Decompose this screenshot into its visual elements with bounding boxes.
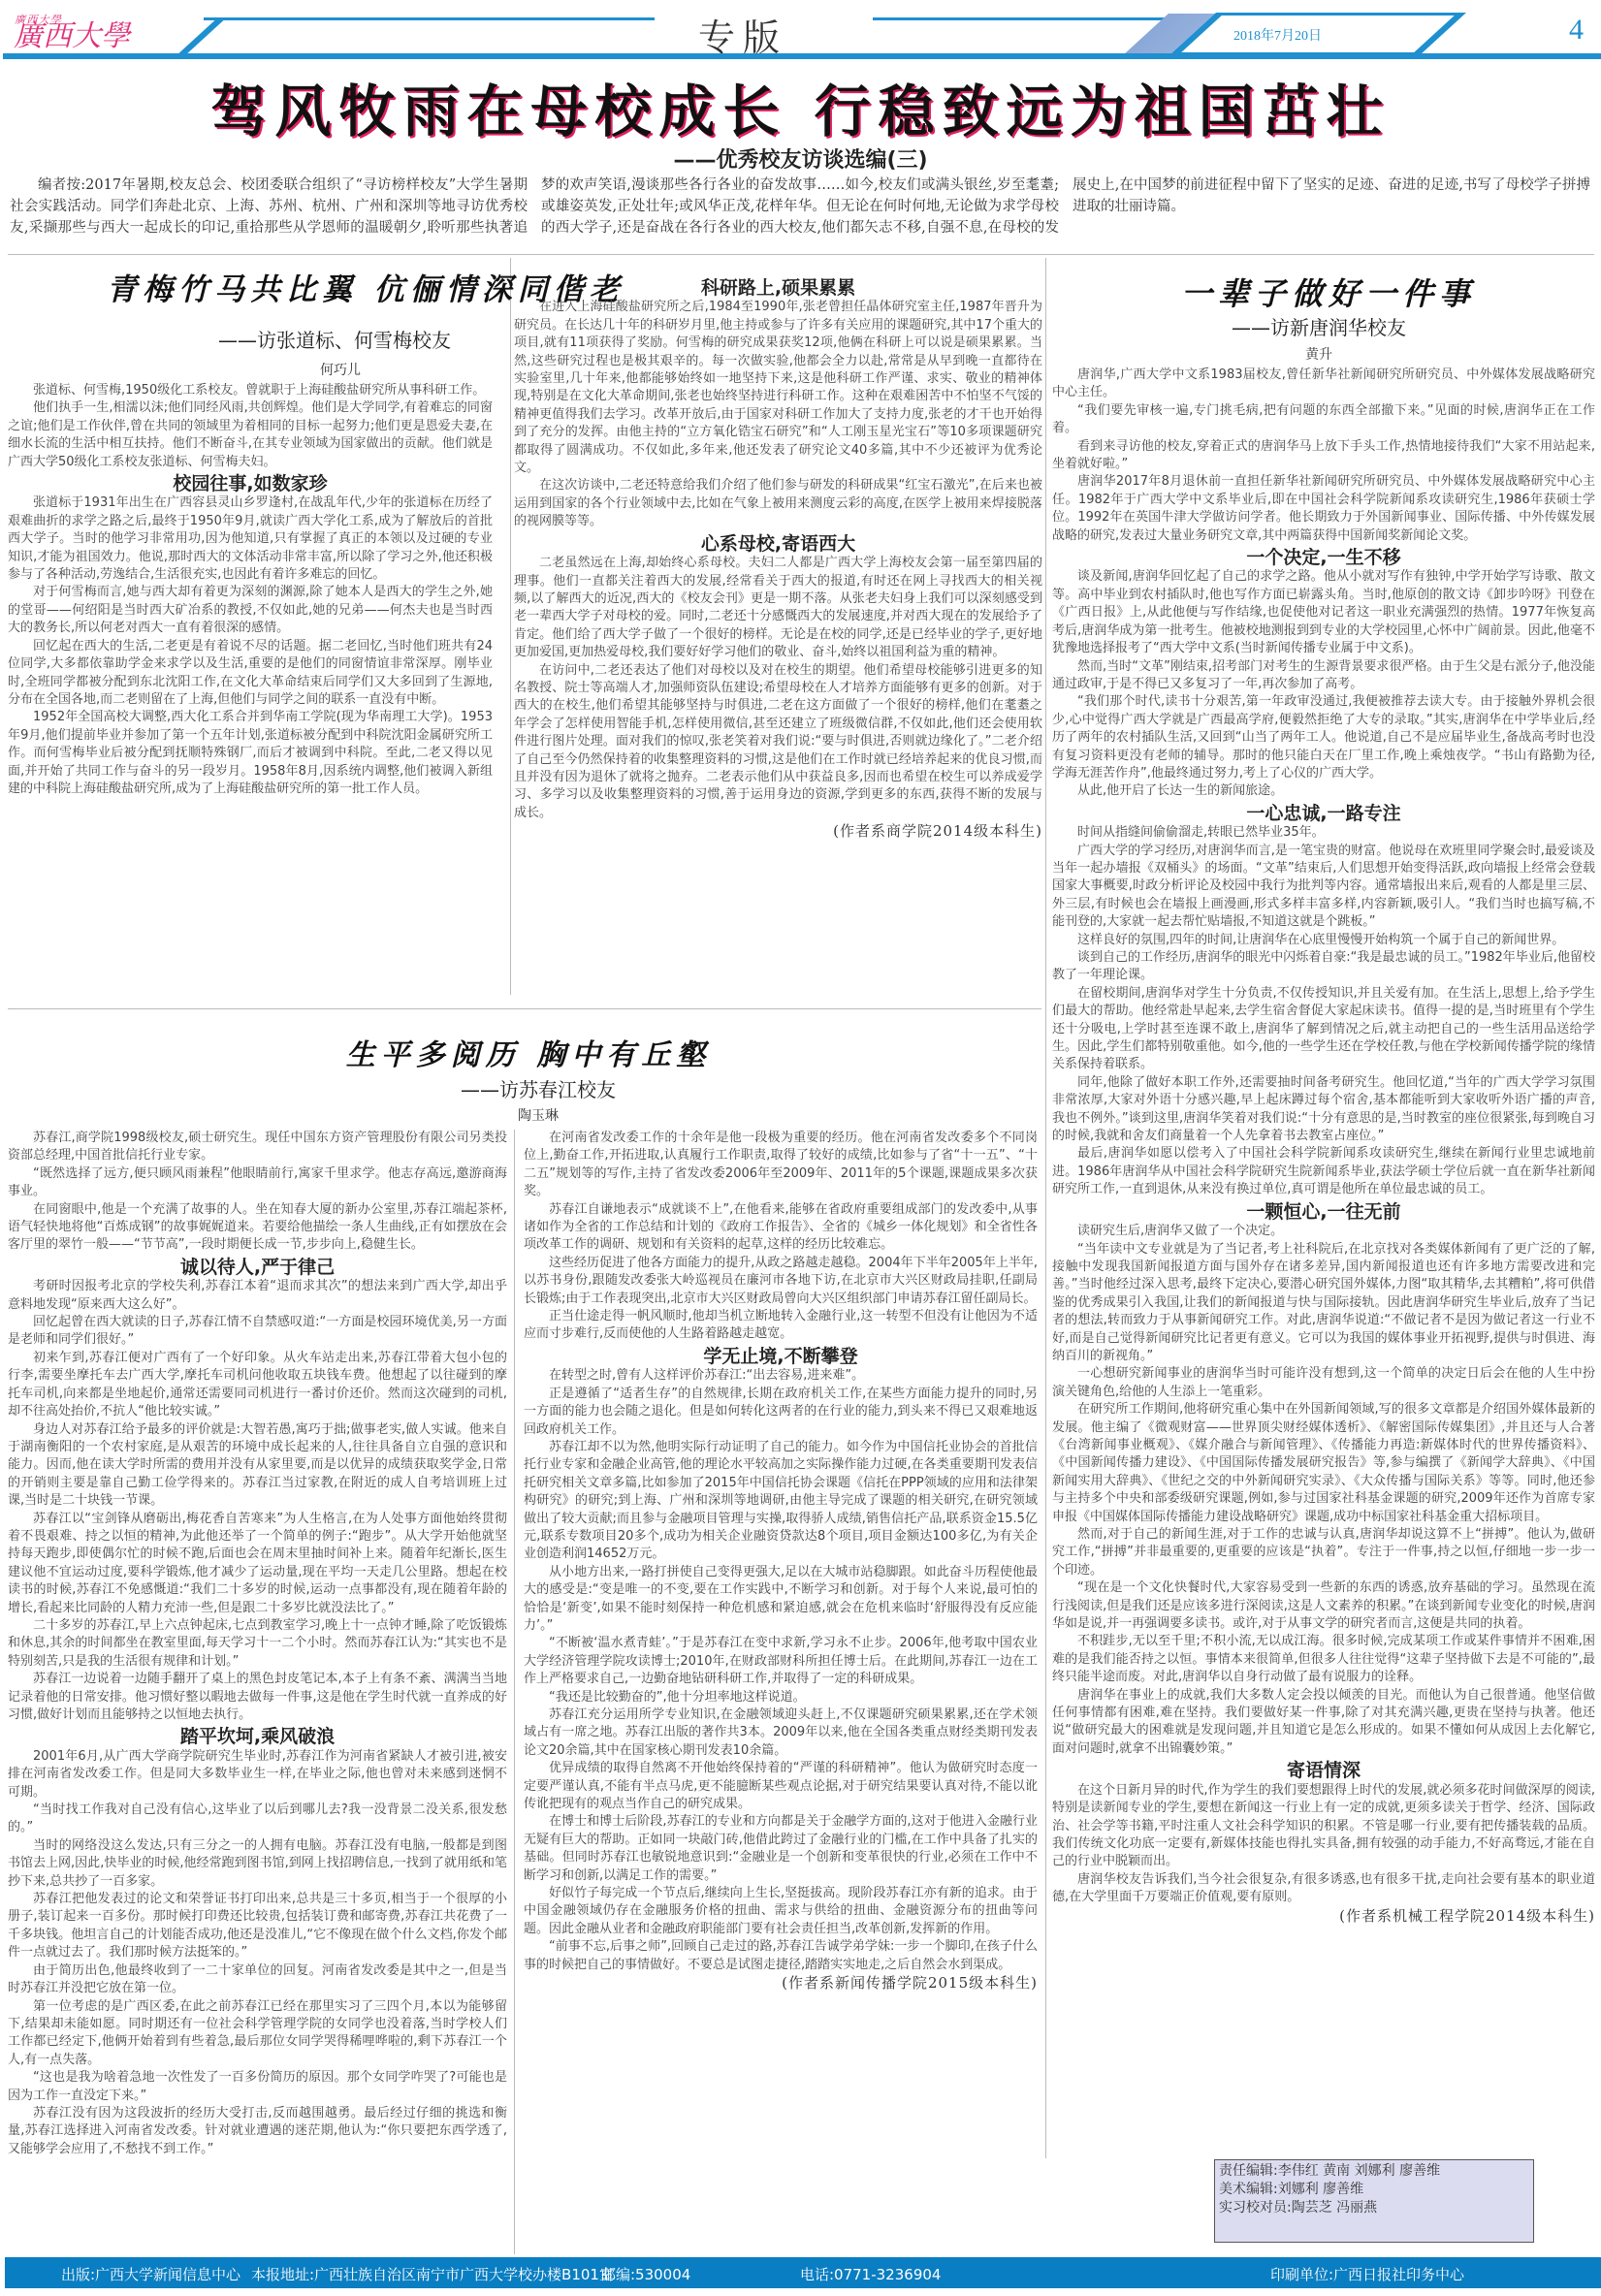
section-heading: 校园往事,如数家珍 xyxy=(8,475,493,493)
paragraph: 然而,对于自己的新闻生涯,对于工作的忠诚与认真,唐润华却说这算不上“拼搏”。他认… xyxy=(1052,1526,1595,1579)
paragraph: 苏春江,商学院1998级校友,硕士研究生。现任中国东方资产管理股份有限公司另类投… xyxy=(8,1130,507,1165)
column-divider xyxy=(510,258,511,995)
paragraph: 在研究所工作期间,他将研究重心集中在外国新闻领域,写的很多文章都是介绍国外媒体最… xyxy=(1052,1401,1595,1526)
paragraph: “当时找工作我对自己没有信心,这毕业了以后到哪儿去?我一没背景二没关系,很发愁的… xyxy=(8,1802,507,1837)
article3-subtitle: ——访新唐润华校友 xyxy=(1125,312,1513,340)
paragraph: 苏春江没有因为这段波折的经历大受打击,反而越围越勇。最后经过仔细的挑选和衡量,苏… xyxy=(8,2105,507,2158)
paragraph: 在留校期间,唐润华对学生十分负责,不仅传授知识,并且关爱有加。在生活上,思想上,… xyxy=(1052,985,1595,1074)
main-subheadline: ——优秀校友访谈选编(三) xyxy=(0,143,1601,174)
section-heading: 一颗恒心,一往无前 xyxy=(1052,1203,1595,1221)
paragraph: 二十多岁的苏春江,早上六点钟起床,七点到教室学习,晚上十一点钟才睡,除了吃饭锻炼… xyxy=(8,1617,507,1671)
paragraph: “我们要先审核一遍,专门挑毛病,把有问题的东西全部撤下来。”见面的时候,唐润华正… xyxy=(1052,402,1595,438)
paragraph: 唐润华2017年8月退休前一直担任新华社新闻研究所研究员、中外媒体发展战略研究中… xyxy=(1052,473,1595,545)
paragraph: 最后,唐润华如愿以偿考入了中国社会科学院新闻系攻读研究生,继续在新闻行业里忠诚地… xyxy=(1052,1145,1595,1198)
section-heading: 一个决定,一生不移 xyxy=(1052,549,1595,566)
paragraph: 在这个日新月异的时代,作为学生的我们要想跟得上时代的发展,就必须多花时间做深厚的… xyxy=(1052,1782,1595,1871)
paragraph: 苏春江自谦地表示“成就谈不上”,在他看来,能够在省政府重要组成部门的发改委中,从… xyxy=(524,1201,1038,1255)
paragraph: 张道标、何雪梅,1950级化工系校友。曾就职于上海硅酸盐研究所从事科研工作。 xyxy=(8,382,493,399)
article3-signature: (作者系机械工程学院2014级本科生) xyxy=(1052,1907,1595,1925)
divider xyxy=(8,1008,1041,1009)
masthead-slant-left xyxy=(177,17,226,54)
paragraph: 苏春江充分运用所学专业知识,在金融领域迎头赶上,不仅课题研究硕果累累,还在学术领… xyxy=(524,1706,1038,1760)
paragraph: “当年读中文专业就是为了当记者,考上社科院后,在北京找对各类媒体新闻有了更广泛的… xyxy=(1052,1241,1595,1366)
paragraph: 广西大学的学习经历,对唐润华而言,是一笔宝贵的财富。他说母在欢班里同学聚会时,最… xyxy=(1052,843,1595,932)
paragraph: 由于简历出色,他最终收到了一二十家单位的回复。河南省发改委是其中之一,但是当时苏… xyxy=(8,1962,507,1998)
page-number: 4 xyxy=(1569,14,1584,47)
masthead-bar xyxy=(3,53,1601,59)
paragraph: “我还是比较勤奋的”,他十分坦率地这样说道。 xyxy=(524,1689,1038,1706)
masthead-rule-right xyxy=(873,17,1178,20)
paragraph: 1952年全国高校大调整,西大化工系合并到华南工学院(现为华南理工大学)。195… xyxy=(8,709,493,798)
article3-title: 一辈子做好一件事 xyxy=(1067,270,1590,314)
paragraph: 苏春江却不以为然,他明实际行动证明了自己的能力。如今作为中国信托业协会的首批信托… xyxy=(524,1439,1038,1564)
paragraph: 一心想研究新闻事业的唐润华当时可能许没有想到,这一个简单的决定日后会在他的人生中… xyxy=(1052,1365,1595,1401)
paragraph: 正是遵循了“适者生存”的自然规律,长期在政府机关工作,在某些方面能力提升的同时,… xyxy=(524,1386,1038,1439)
paragraph: 正当仕途走得一帆风顺时,他却当机立断地转入金融行业,这一转型不但没有让他因为不适… xyxy=(524,1308,1038,1344)
footer-publisher: 出版:广西大学新闻信息中心 xyxy=(61,2264,240,2284)
footer-address: 本报地址:广西壮族自治区南宁市广西大学校办楼B101室 xyxy=(251,2264,614,2284)
paragraph: 这些经历促进了他各方面能力的提升,从政之路越走越稳。2004年下半年2005年上… xyxy=(524,1255,1038,1308)
paragraph: 好似竹子每完成一个节点后,继续向上生长,坚挺拔高。现阶段苏春江亦有新的追求。由于… xyxy=(524,1885,1038,1938)
footer-printer: 印刷单位:广西日报社印务中心 xyxy=(1270,2264,1464,2284)
paragraph: 考研时因报考北京的学校失利,苏春江本着“退而求其次”的想法来到广西大学,却出乎意… xyxy=(8,1278,507,1314)
section-heading: 寄语情深 xyxy=(1052,1762,1595,1779)
paragraph: 唐润华,广西大学中文系1983届校友,曾任新华社新闻研究所研究员、中外媒体发展战… xyxy=(1052,367,1595,402)
article1-column-1: 张道标、何雪梅,1950级化工系校友。曾就职于上海硅酸盐研究所从事科研工作。 他… xyxy=(8,382,493,999)
paragraph: 在转型之时,曾有人这样评价苏春江:“出去容易,进来难”。 xyxy=(524,1367,1038,1385)
footer-phone: 电话:0771-3236904 xyxy=(800,2264,941,2284)
credit-line-proofreaders: 实习校对员:陶芸芝 冯丽燕 xyxy=(1219,2199,1529,2217)
paragraph: “这也是我为啥着急地一次性发了一百多份简历的原因。那个女同学咋哭了?可能也是因为… xyxy=(8,2069,507,2105)
article2-column-1: 苏春江,商学院1998级校友,硕士研究生。现任中国东方资产管理股份有限公司另类投… xyxy=(8,1130,507,2293)
paragraph: “既然选择了远方,便只顾风雨兼程”他眼睛前行,寓家千里求学。他志存高远,邀游商海… xyxy=(8,1165,507,1201)
paragraph: 同年,他除了做好本职工作外,还需要抽时间备考研究生。他回忆道,“当年的广西大学学… xyxy=(1052,1074,1595,1146)
paragraph: 在访问中,二老还表达了他们对母校以及对在校生的期望。他们希望母校能够引进更多的知… xyxy=(514,662,1042,823)
paragraph: “我们那个时代,读书十分艰苦,第一年政审没通过,我便被推荐去读大专。由于接触外界… xyxy=(1052,693,1595,782)
paragraph: “前事不忘,后事之师”,回顾自己走过的路,苏春江告诚学弟学妹:一步一个脚印,在孩… xyxy=(524,1938,1038,1974)
paragraph: “不断被‘温水煮青蛙’。”于是苏春江在变中求新,学习永不止步。2006年,他考取… xyxy=(524,1635,1038,1688)
editorial-credits: 责任编辑:李伟红 黄南 刘娜利 廖善维 美术编辑:刘娜利 廖善维 实习校对员:陶… xyxy=(1214,2159,1534,2243)
paragraph: 时间从指缝间偷偷溜走,转眼已然毕业35年。 xyxy=(1052,824,1595,842)
paragraph: 在河南省发改委工作的十余年是他一段极为重要的经历。他在河南省发改委多个不同岗位上… xyxy=(524,1130,1038,1201)
paragraph: 苏春江把他发表过的论文和荣誉证书打印出来,总共是三十多页,相当于一个很厚的小册子… xyxy=(8,1891,507,1962)
paragraph: 从此,他开启了长达一生的新闻旅途。 xyxy=(1052,782,1595,800)
paragraph: 2001年6月,从广西大学商学院研究生毕业时,苏春江作为河南省紧缺人才被引进,被… xyxy=(8,1748,507,1802)
paragraph: 谈及新闻,唐润华回忆起了自己的求学之路。他从小就对写作有独钟,中学开始学写诗歌、… xyxy=(1052,568,1595,657)
main-headline: 驾风牧雨在母校成长 行稳致远为祖国茁壮 xyxy=(0,60,1601,138)
masthead: 廣西大學 廣西大學 专版 2018年7月20日 4 xyxy=(0,0,1601,60)
paragraph: 在这次访谈中,二老还特意给我们介绍了他们参与研发的科研成果“红宝石激光”,在后来… xyxy=(514,477,1042,530)
section-heading: 一心忠诚,一路专注 xyxy=(1052,805,1595,822)
article2-title: 生平多阅历 胸中有丘壑 xyxy=(160,1031,897,1073)
article2-signature: (作者系新闻传播学院2015级本科生) xyxy=(524,1974,1038,1992)
article2-author: 陶玉琳 xyxy=(218,1105,858,1125)
paragraph: 然而,当时“文革”刚结束,招考部门对考生的生源背景要求很严格。由于生父是右派分子… xyxy=(1052,658,1595,694)
credit-line-art: 美术编辑:刘娜利 廖善维 xyxy=(1219,2181,1529,2199)
section-heading: 科研路上,硕果累累 xyxy=(514,279,1042,297)
article1-author: 何巧儿 xyxy=(320,360,361,379)
masthead-rule-left xyxy=(204,17,655,20)
paragraph: 回忆起在西大的生活,二老更是有着说不尽的话题。据二老回忆,当时他们班共有24位同… xyxy=(8,638,493,710)
editor-note: 编者按:2017年暑期,校友总会、校团委联合组织了“寻访榜样校友”大学生暑期社会… xyxy=(10,175,1590,252)
section-heading: 学无止境,不断攀登 xyxy=(524,1348,1038,1365)
paragraph: 身边人对苏春江给予最多的评价就是:大智若愚,寓巧于拙;做事老实,做人实诚。他来自… xyxy=(8,1421,507,1511)
paragraph: 从小地方出来,一路打拼使自己变得更强大,足以在大城市站稳脚跟。如此奋斗历程使他最… xyxy=(524,1564,1038,1636)
article1-subtitle: ——访张道标、何雪梅校友 xyxy=(218,325,451,353)
footer-postcode: 邮编:530004 xyxy=(601,2264,690,2284)
article3-column: 唐润华,广西大学中文系1983届校友,曾任新华社新闻研究所研究员、中外媒体发展战… xyxy=(1052,367,1595,2141)
newspaper-logo-text: 廣西大學 xyxy=(14,12,130,54)
divider xyxy=(8,254,1594,255)
paragraph: 张道标于1931年出生在广西容县灵山乡罗逢村,在战乱年代,少年的张道标在历经了艰… xyxy=(8,494,493,584)
paragraph: 读研究生后,唐润华又做了一个决定。 xyxy=(1052,1223,1595,1240)
article1-column-2: 科研路上,硕果累累 在进入上海硅酸盐研究所之后,1984至1990年,张老曾担任… xyxy=(514,258,1042,975)
article2-subtitle: ——访苏春江校友 xyxy=(218,1074,858,1102)
article2-column-2: 在河南省发改委工作的十余年是他一段极为重要的经历。他在河南省发改委多个不同岗位上… xyxy=(524,1130,1038,2157)
paragraph: 二老虽然远在上海,却始终心系母校。夫妇二人都是广西大学上海校友会第一届至第四届的… xyxy=(514,555,1042,661)
paragraph: 在进入上海硅酸盐研究所之后,1984至1990年,张老曾担任晶体研究室主任,19… xyxy=(514,299,1042,477)
paragraph: 谈到自己的工作经历,唐润华的眼光中闪烁着自豪:“我是最忠诚的员工。”1982年毕… xyxy=(1052,949,1595,985)
paragraph: 优异成绩的取得自然离不开他始终保持着的“严谨的科研精神”。他认为做研究时态度一定… xyxy=(524,1760,1038,1813)
article1-signature: (作者系商学院2014级本科生) xyxy=(514,822,1042,840)
paragraph: 看到来寻访他的校友,穿着正式的唐润华马上放下手头工作,热情地接待我们“大家不用站… xyxy=(1052,438,1595,474)
credit-line-editors: 责任编辑:李伟红 黄南 刘娜利 廖善维 xyxy=(1219,2162,1529,2181)
paragraph: “现在是一个文化快餐时代,大家容易受到一些新的东西的诱惑,放弃基础的学习。虽然现… xyxy=(1052,1579,1595,1633)
paragraph: 对于何雪梅而言,她与西大却有着更为深刻的渊源,除了她本人是西大的学生之外,她的堂… xyxy=(8,584,493,637)
paragraph: 不积跬步,无以至千里;不积小流,无以成江海。很多时候,完成某项工作或某件事情并不… xyxy=(1052,1633,1595,1686)
paragraph: 回忆起曾在西大就读的日子,苏春江情不自禁感叹道:“一方面是校园环境优美,另一方面… xyxy=(8,1314,507,1350)
paragraph: 苏春江一边说着一边随手翻开了桌上的黑色封皮笔记本,本子上有条不紊、满满当当地记录… xyxy=(8,1671,507,1724)
section-heading: 心系母校,寄语西大 xyxy=(514,535,1042,553)
paragraph: 这样良好的氛围,四年的时间,让唐润华在心底里慢慢开始构筑一个属于自己的新闻世界。 xyxy=(1052,932,1595,949)
paragraph: 在博士和博士后阶段,苏春江的专业和方向都是关于金融学方面的,这对于他进入金融行业… xyxy=(524,1813,1038,1885)
paragraph: 在同窗眼中,他是一个充满了故事的人。坐在知春大厦的新办公室里,苏春江端起茶杯,语… xyxy=(8,1201,507,1255)
paragraph: 当时的网络没这么发达,只有三分之一的人拥有电脑。苏春江没有电脑,一般都是到图书馆… xyxy=(8,1837,507,1891)
paragraph: 苏春江以“宝剑锋从磨砺出,梅花香自苦寒来”为人生格言,在为人处事方面他始终贯彻着… xyxy=(8,1511,507,1617)
paragraph: 第一位考虑的是广西区委,在此之前苏春江已经在那里实习了三四个月,本以为能够留下,… xyxy=(8,1998,507,2070)
paragraph: 他们执手一生,相濡以沫;他们同经风雨,共创辉煌。他们是大学同学,有着难忘的同窗之… xyxy=(8,399,493,471)
section-heading: 踏平坎坷,乘风破浪 xyxy=(8,1728,507,1745)
footer-bar: 出版:广西大学新闻信息中心 本报地址:广西壮族自治区南宁市广西大学校办楼B101… xyxy=(5,2257,1601,2288)
article3-author: 黄升 xyxy=(1125,344,1513,364)
column-divider xyxy=(1045,258,1046,2158)
paragraph: 初来乍到,苏春江便对广西有了一个好印象。从火车站走出来,苏春江带着大包小包的行李… xyxy=(8,1350,507,1421)
paragraph: 唐润华在事业上的成就,我们大多数人定会投以倾羡的目光。而他认为自己很普通。他坚信… xyxy=(1052,1687,1595,1759)
issue-date: 2018年7月20日 xyxy=(1233,25,1322,45)
main-headline-text: 驾风牧雨在母校成长 行稳致远为祖国茁壮 xyxy=(210,66,1390,147)
column-divider xyxy=(514,1130,515,2254)
section-heading: 诚以待人,严于律己 xyxy=(8,1259,507,1276)
paragraph: 唐润华校友告诉我们,当今社会很复杂,有很多诱惑,也有很多干扰,走向社会要有基本的… xyxy=(1052,1871,1595,1907)
